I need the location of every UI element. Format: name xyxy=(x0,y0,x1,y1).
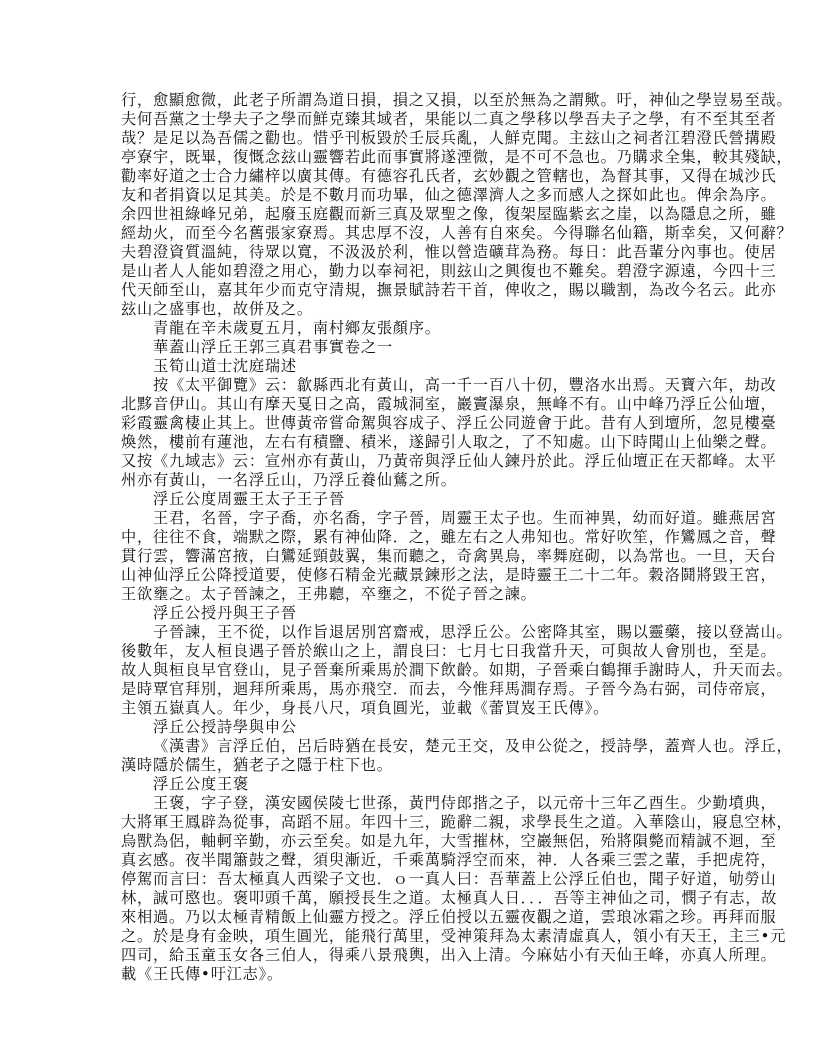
text-line: 代天師至山，嘉其年少而克守清規，撫景賦詩若干首，俾收之，賜以職割，為改今名云。此… xyxy=(121,281,699,300)
text-line: 故人與桓良早官登山，見子晉棄所乘馬於澗下飲齡。如期，子晉乘白鶴揮手謝時人，升天而… xyxy=(121,661,699,680)
text-line: 是時覃官拜別，迴拜所乘馬，馬亦飛空．而去，今惟拜馬澗存焉。子晉今為右弼，司侍帝宸… xyxy=(121,680,699,699)
text-line: 載《王氏傳•吁江志》。 xyxy=(121,965,699,984)
paragraph-line-indented: 王褒，字子登，漢安國侯陵七世孫，黃門侍郎揩之子，以元帝十三年乙酉生。少勤墳典， xyxy=(121,794,699,813)
text-line: 北黟音伊山。其山有摩天戛日之高，霞城洞室，巖竇瀑泉，無峰不有。山中峰乃浮丘公仙壇… xyxy=(121,395,699,414)
text-line: 貫行雲，響滿宮掖，白鸞延頸鼓翼，集而聽之，奇禽異烏，率舞庭砌，以為常也。一旦，天… xyxy=(121,547,699,566)
text-line: 又按《九域志》云：宣州亦有黃山，乃黃帝與浮丘仙人鍊丹於此。浮丘仙壇正在天都峰。太… xyxy=(121,452,699,471)
document-page: 行，愈顯愈微，此老子所謂為道日損，損之又損，以至於無為之謂歟。吁，神仙之學豈易至… xyxy=(121,91,699,984)
text-line: 玆山之盛事也，故併及之。 xyxy=(121,300,699,319)
paragraph-line-indented: 子晉諫，王不從，以作旨退居別宮齋戒，思浮丘公。公密降其室，賜以靈藥，接以登嵩山。 xyxy=(121,623,699,642)
text-line: 亭寮宇，既畢，復慨念玆山靈響若此而事實將遂湮微，是不可不急也。乃購求全集，較其殘… xyxy=(121,148,699,167)
paragraph-line-indented: 玉筍山道士沈庭瑞述 xyxy=(121,357,699,376)
text-line: 之。於是身有金映，項生圓光，能飛行萬里，受神策拜為太素清虛真人，領小有天王，主三… xyxy=(121,927,699,946)
text-line: 勸率好道之士合力繡梓以廣其傳。有德容孔氏者，玄妙觀之管轄也，為督其事，又得在城沙… xyxy=(121,167,699,186)
text-line: 友和者捐資以足其美。於是不數月而功畢，仙之德澤濟人之多而感人之探如此也。俾余為序… xyxy=(121,186,699,205)
text-line: 烏獸為侶，軸軻辛勤，亦云至矣。如是九年，大雪摧林，空巖無侶，殆將隕斃而精誠不迴，… xyxy=(121,832,699,851)
paragraph-line-indented: 浮丘公度王褒 xyxy=(121,775,699,794)
text-line: 中，往往不食，端默之際，累有神仙降．之，雖左右之人弗知也。常好吹笙，作鸞鳳之音，… xyxy=(121,528,699,547)
text-line: 王欲壅之。太子晉諫之，王弗聽，卒壅之，不從子晉之諫。 xyxy=(121,585,699,604)
text-line: 哉？是足以為吾儒之勸也。惜乎刊板毀於壬辰兵亂，人鮮克聞。主玆山之祠者江碧澄氏營搆… xyxy=(121,129,699,148)
paragraph-line-indented: 王君，名晉，字子喬，亦名喬，字子晉，周靈王太子也。生而神異，幼而好道。雖燕居宮 xyxy=(121,509,699,528)
text-line: 夫何吾黨之士學夫子之學而鮮克臻其域者，果能以二真之學移以學吾夫子之學，有不至其至… xyxy=(121,110,699,129)
text-line: 煥然，樓前有蓮池，左右有積鹽、積米，遂歸引人取之，了不知處。山下時聞山上仙樂之聲… xyxy=(121,433,699,452)
text-line: 四司，給玉童玉女各三伯人，得乘八景飛輿，出入上清。今麻姑小有天仙王峰，亦真人所理… xyxy=(121,946,699,965)
paragraph-line-indented: 華蓋山浮丘王郭三真君事實卷之一 xyxy=(121,338,699,357)
text-line: 余四世祖綠峰兄弟，起廢玉庭觀而新三真及眾聖之像，復架屋臨紫玄之崖，以為隱息之所，… xyxy=(121,205,699,224)
text-line: 經劫火，而至今名舊張家寮焉。其忠厚不沒，人善有自來矣。今得聯名仙籍，斯幸矣，又何… xyxy=(121,224,699,243)
text-line: 漢時隱於儒生，猶老子之隱于柱下也。 xyxy=(121,756,699,775)
text-line: 真玄感。夜半聞簫鼓之聲，須臾漸近，千乘萬騎浮空而來，神．人各乘三雲之輩，手把虎符… xyxy=(121,851,699,870)
paragraph-line-indented: 浮丘公授詩學與申公 xyxy=(121,718,699,737)
paragraph-line-indented: 青龍在辛未歲夏五月，南村鄉友張顏序。 xyxy=(121,319,699,338)
text-line: 林，誠可愍也。褒叩頭千萬，願授長生之道。太極真人日．．．吾等主神仙之司，憫子有志… xyxy=(121,889,699,908)
text-line: 來相過。乃以太極青精飯上仙靈方授之。浮丘伯授以五靈夜觀之道，雲琅冰霜之珍。再拜而… xyxy=(121,908,699,927)
paragraph-line-indented: 浮丘公授丹與王子晉 xyxy=(121,604,699,623)
text-line: 是山者人人能如碧澄之用心，勤力以奉祠祀，則玆山之興復也不難矣。碧澄字源遠，今四十… xyxy=(121,262,699,281)
text-line: 後數年，友人桓良遇子晉於緱山之上，謂良曰：七月七日我當升天，可與故人會別也，至是… xyxy=(121,642,699,661)
text-line: 主領五嶽真人。年少，身長八尺，項負圓光，並載《蕾買岌王氏傳》。 xyxy=(121,699,699,718)
text-line: 州亦有黃山，一名浮丘山，乃浮丘養仙鶿之所。 xyxy=(121,471,699,490)
text-line: 停駕而言曰：吾太極真人西梁子文也．ｏ一真人曰：吾華蓋上公浮丘伯也，聞子好道，劬勞… xyxy=(121,870,699,889)
paragraph-line-indented: 按《太平御覽》云：歙縣西北有黃山，高一千一百八十仞，豐洛水出焉。天寶六年，劫改 xyxy=(121,376,699,395)
text-line: 山神仙浮丘公降授道要，使修石精金光藏景鍊形之法，是時靈王二十二年。穀洛鬪將毀王宮… xyxy=(121,566,699,585)
paragraph-line-indented: 《漢書》言浮丘伯，呂后時猶在長安，楚元王交，及申公從之，授詩學，蓋齊人也。浮丘， xyxy=(121,737,699,756)
paragraph-line-indented: 浮丘公度周靈王太子王子晉 xyxy=(121,490,699,509)
text-line: 彩霞靈禽棲止其上。世傳黃帝嘗命駕與容成子、浮丘公同遊會于此。昔有人到壇所，忽見樓… xyxy=(121,414,699,433)
text-line: 大將軍王鳳辟為從事，高蹈不屈。年四十三，跪辭二親，求學長生之道。入華陰山，寢息空… xyxy=(121,813,699,832)
text-line: 夫碧澄資質溫純，待眾以寬，不汲汲於利，惟以營造礦茸為務。每日：此吾輩分內事也。使… xyxy=(121,243,699,262)
text-line: 行，愈顯愈微，此老子所謂為道日損，損之又損，以至於無為之謂歟。吁，神仙之學豈易至… xyxy=(121,91,699,110)
